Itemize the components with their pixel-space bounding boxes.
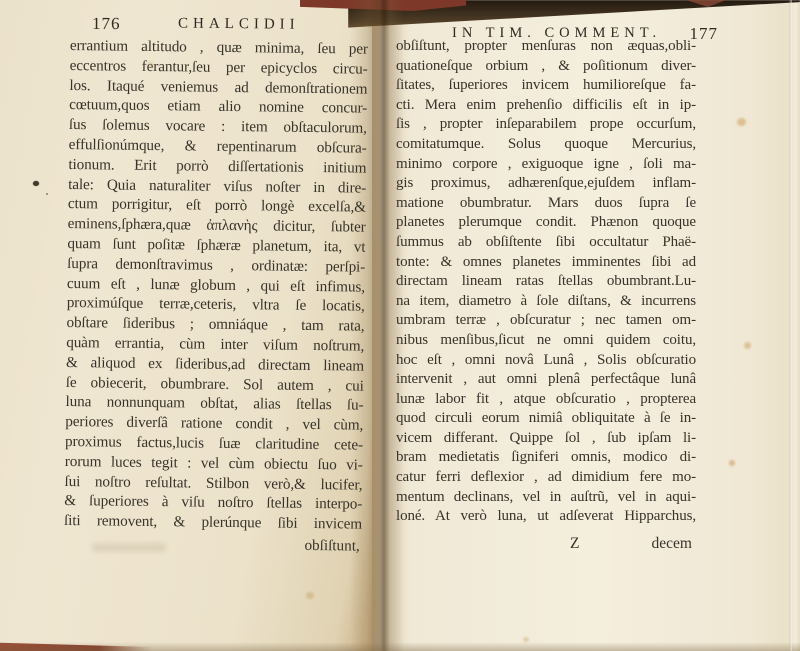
right-text-block: obſiſtunt, propter menſuras non æquas,ob… [396,37,696,555]
text-line: cti. Mera enim prehenſio difficilis eſt … [396,96,696,116]
text-line: quationeſque orbium , & poſitionum diver… [396,57,696,77]
text-line: gis proximus, adhærenſque,ejuſdem inflam… [396,174,696,194]
text-line: quod circuli eorum nimiâ obliquitate à ſ… [396,409,696,429]
text-line: obſiſtunt, propter menſuras non æquas,ob… [396,37,696,57]
text-line: nibus menſibus,ſicut ne omni quidem coit… [396,331,696,351]
right-text-lines: obſiſtunt, propter menſuras non æquas,ob… [396,37,696,527]
text-line: ſitates, ſuperiores invicem humilioreſqu… [396,76,696,96]
left-text-lines: errantium altitudo , quæ minima, ſeu per… [64,36,368,535]
text-line: loné. At verò luna, ut adſeverat Hipparc… [396,507,696,527]
text-line: comitatumque. Solus quoque Mercurius, [396,135,696,155]
left-catchword: obſiſtunt, [64,533,362,557]
right-page-edge [789,0,792,651]
signature-row: Z decem [396,535,696,555]
bottom-page-edge-shadow [0,642,800,651]
text-line: ſiti removent, & plerúnque ſibi invicem [64,511,362,534]
left-header-title: CHALCIDII [178,16,300,34]
text-line: bram medietatis ſigniferi omnis, modico … [396,448,696,468]
text-line: lunæ labor fit , atque obſcuratio , prop… [396,390,696,410]
text-line: planetes plerumque condit. Phænon quoque [396,213,696,233]
text-line: umbram terræ , obſcuratur ; nec tamen om… [396,311,696,331]
right-catchword: decem [652,535,692,553]
text-line: intervenit , aut omni plenâ perfectâque … [396,370,696,390]
text-line: tonte: & omnes planetes imminentes ſibi … [396,253,696,273]
text-line: vicem differant. Quippe ſol , ſub ipſam … [396,429,696,449]
text-line: matione obumbratur. Mars duos ſupra ſe [396,194,696,214]
text-line: directam lineam ratas ſtellas obumbrant.… [396,272,696,292]
left-text-block: errantium altitudo , quæ minima, ſeu per… [64,36,368,557]
left-running-head: 176 CHALCIDII [70,14,370,39]
signature-mark: Z [570,535,580,553]
book-photo: 176 CHALCIDII IN TIM. COMMENT. 177 erran… [0,0,800,651]
text-line: na item, diametro à ſole diſtans, & incu… [396,292,696,312]
text-line: ſummus ab obſiſtente ſibi occultatur Pha… [396,233,696,253]
text-line: catur ferri deflexior , ad dimidium fere… [396,468,696,488]
left-page-number: 176 [92,14,121,34]
text-line: mentum declinans, vel in auſtrũ, vel in … [396,488,696,508]
text-line: hoc eſt , omni novâ Lunâ , Solis obſcura… [396,351,696,371]
text-line: minimo corpore , exiguoque igne , ſoli m… [396,155,696,175]
text-line: ſis , propter inſeparabilem prope occurſ… [396,115,696,135]
